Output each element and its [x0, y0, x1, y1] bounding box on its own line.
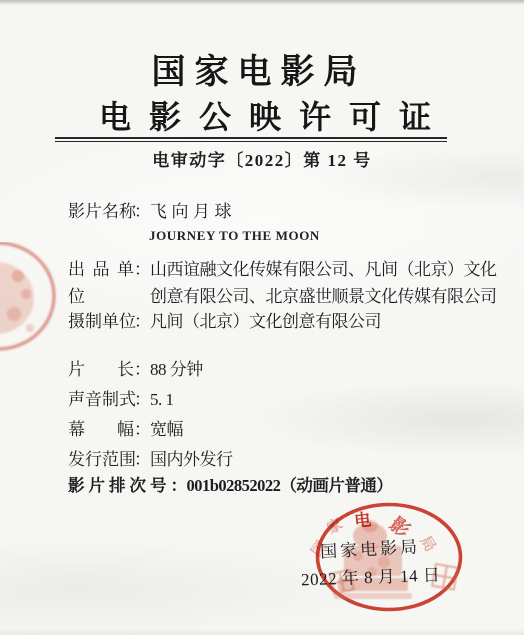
- field-colon: ：: [134, 390, 150, 409]
- field-value: 001b02852022（动画片普通）: [187, 476, 393, 495]
- field-label: 声音制式: [68, 390, 134, 409]
- field-row-sound-format: 声音制式：5. 1: [68, 390, 174, 409]
- film-title-english: JOURNEY TO THE MOON: [149, 228, 320, 244]
- field-value: 山西谊融文化传媒有限公司、凡间（北京）文化创意有限公司、北京盛世顺景文化传媒有限…: [150, 256, 502, 310]
- field-colon: ：: [171, 476, 187, 495]
- seal-ring-char: 电: [353, 505, 373, 532]
- field-label: 影片排次号: [68, 476, 171, 495]
- field-label: 片长: [68, 360, 134, 379]
- permit-number: 电审动字〔2022〕第 12 号: [0, 150, 524, 172]
- field-colon: ：: [134, 256, 150, 283]
- field-colon: ：: [134, 450, 150, 469]
- field-value: 88 分钟: [150, 360, 203, 379]
- field-value: 5. 1: [150, 390, 174, 409]
- field-colon: ：: [134, 420, 150, 439]
- field-row-production-company: 摄制单位：凡间（北京）文化创意有限公司: [68, 312, 381, 331]
- field-value: 凡间（北京）文化创意有限公司: [150, 312, 381, 331]
- field-row-producer: 出品单位：山西谊融文化传媒有限公司、凡间（北京）文化创意有限公司、北京盛世顺景文…: [68, 256, 502, 310]
- field-row-film-title: 影片名称：飞向月球: [68, 202, 236, 221]
- field-value: 飞向月球: [150, 202, 236, 221]
- field-label: 影片名称: [68, 202, 134, 221]
- field-colon: ：: [134, 360, 150, 379]
- partial-seal-icon: [0, 242, 62, 354]
- field-label: 出品单位: [68, 256, 134, 310]
- field-colon: ：: [134, 312, 150, 331]
- field-label: 摄制单位: [68, 312, 134, 331]
- issuer-name: 国家电影局: [319, 532, 420, 562]
- film-permit-document: 国家电影局 电影公映许可证 电审动字〔2022〕第 12 号 影片名称：飞向月球…: [0, 0, 524, 635]
- field-value: 宽幅: [150, 420, 183, 439]
- issue-date: 2022 年 8 月 14 日: [301, 561, 441, 591]
- field-label: 发行范围: [68, 450, 134, 469]
- field-row-distribution-scope: 发行范围：国内外发行: [68, 450, 233, 469]
- field-row-runtime: 片长：88 分钟: [68, 360, 203, 379]
- field-row-film-serial-number: 影片排次号：001b02852022（动画片普通）: [68, 476, 392, 495]
- permit-title: 电影公映许可证: [0, 99, 524, 135]
- field-row-screen-format: 幕幅：宽幅: [68, 420, 183, 439]
- authority-title: 国家电影局: [0, 54, 509, 92]
- field-colon: ：: [134, 202, 150, 221]
- field-label: 幕幅: [68, 420, 134, 439]
- title-divider: [55, 137, 447, 142]
- field-value: 国内外发行: [150, 450, 233, 469]
